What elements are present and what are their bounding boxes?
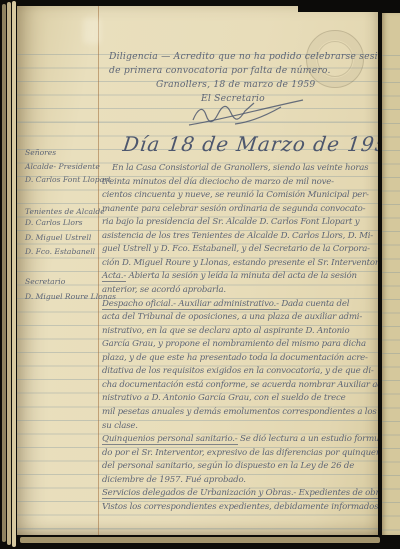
body-line-text: En la Casa Consistorial de Granollers, s… <box>112 163 368 173</box>
role-secretario: Secretario <box>25 277 65 286</box>
scanned-ledger-page: Diligencia — Acredito que no ha podido c… <box>0 0 400 549</box>
name-teniente-3: D. Fco. Estabanell <box>25 247 95 256</box>
body-line-text: ditativa de los requisitos exigidos en l… <box>102 366 374 376</box>
attendees-heading: Señores <box>25 148 56 157</box>
body-line: ción D. Miguel Roure y Llonas, estando p… <box>102 258 378 268</box>
body-line: Despacho oficial.- Auxiliar administrati… <box>102 299 378 309</box>
body-line-text: cha documentación está conforme, se acue… <box>102 380 378 390</box>
diligencia-dateline: Granollers, 18 de marzo de 1959 <box>156 79 315 90</box>
body-line-head: Despacho oficial.- Auxiliar administrati… <box>102 299 279 310</box>
body-line-text: nistrativo, en la que se declara apto al… <box>102 326 349 336</box>
body-line-text: asistencia de los tres Tenientes de Alca… <box>102 231 373 241</box>
body-line: ditativa de los requisitos exigidos en l… <box>102 366 378 376</box>
body-line: cha documentación está conforme, se acue… <box>102 380 378 390</box>
body-line: nistrativo, en la que se declara apto al… <box>102 326 378 336</box>
body-line-text: nistrativo a D. Antonio García Grau, con… <box>102 393 345 403</box>
body-line: García Grau, y propone el nombramiento d… <box>102 339 378 349</box>
body-line-text: diciembre de 1957. Fué aprobado. <box>102 475 246 485</box>
body-line: asistencia de los tres Tenientes de Alca… <box>102 231 378 241</box>
body-line: manente para celebrar sesión ordinaria d… <box>102 204 378 214</box>
body-line-text: ria bajo la presidencia del Sr. Alcalde … <box>102 217 359 227</box>
diligencia-line-2: de primera convocatoria por falta de núm… <box>109 65 331 76</box>
body-line: cientos cincuenta y nueve, se reunió la … <box>102 190 378 200</box>
body-line: Vistos los correspondientes expedientes,… <box>102 502 378 512</box>
name-alcalde: D. Carlos Font Llopart <box>25 175 111 184</box>
body-line-text: del personal sanitario, según lo dispues… <box>102 461 354 471</box>
secretary-signature-icon <box>187 98 307 128</box>
role-alcalde: Alcalde- Presidente <box>25 162 100 171</box>
faint-stamp-smudge <box>83 18 101 44</box>
binding-page-edge <box>2 4 6 542</box>
body-line-text: treinta minutos del día dieciocho de mar… <box>102 177 334 187</box>
body-line-head: Servicios delegados de Urbanización y Ob… <box>102 488 378 499</box>
next-page-ruled-lines <box>382 55 400 533</box>
body-line-text: ción D. Miguel Roure y Llonas, estando p… <box>102 258 378 268</box>
body-line-text: su clase. <box>102 421 138 431</box>
role-tenientes: Tenientes de Alcalde <box>25 207 105 216</box>
body-line-head: Quinquenios personal sanitario.- <box>102 434 238 445</box>
name-teniente-2: D. Miguel Ustrell <box>25 233 91 242</box>
body-line: ria bajo la presidencia del Sr. Alcalde … <box>102 217 378 227</box>
margin-rule-line <box>98 6 99 535</box>
body-line-text: guel Ustrell y D. Fco. Estabanell, y del… <box>102 244 370 254</box>
background-notch <box>298 0 400 12</box>
name-teniente-1: D. Carlos Llors <box>25 218 83 227</box>
body-line: Quinquenios personal sanitario.- Se dió … <box>102 434 378 444</box>
body-line-text: Dada cuenta del <box>279 299 350 309</box>
body-line-text: plaza, y de que este ha presentado toda … <box>102 353 368 363</box>
body-line: su clase. <box>102 421 378 431</box>
body-line: acta del Tribunal de oposiciones, a una … <box>102 312 378 322</box>
session-title: Día 18 de Marzo de 1959 <box>122 132 378 156</box>
body-line-text: do por el Sr. Interventor, expresivo de … <box>102 448 378 458</box>
diligencia-line-1: Diligencia — Acredito que no ha podido c… <box>109 51 378 62</box>
body-line: anterior, se acordó aprobarla. <box>102 285 378 295</box>
body-line: treinta minutos del día dieciocho de mar… <box>102 177 378 187</box>
body-line: mil pesetas anuales y demás emolumentos … <box>102 407 378 417</box>
body-line-text: Se dió lectura a un estudio formula- <box>238 434 378 444</box>
body-line: diciembre de 1957. Fué aprobado. <box>102 475 378 485</box>
body-line: do por el Sr. Interventor, expresivo de … <box>102 448 378 458</box>
body-line: Servicios delegados de Urbanización y Ob… <box>102 488 378 498</box>
body-line: guel Ustrell y D. Fco. Estabanell, y del… <box>102 244 378 254</box>
body-line: nistrativo a D. Antonio García Grau, con… <box>102 393 378 403</box>
body-line-text: Abierta la sesión y leída la minuta del … <box>126 271 357 281</box>
body-line-text: Vistos los correspondientes expedientes,… <box>102 502 378 512</box>
body-line-text: García Grau, y propone el nombramiento d… <box>102 339 366 349</box>
body-line-text: manente para celebrar sesión ordinaria d… <box>102 204 365 214</box>
bottom-page-edge <box>20 537 380 543</box>
next-page-edge <box>382 13 400 535</box>
body-line-text: anterior, se acordó aprobarla. <box>102 285 226 295</box>
binding-page-edge <box>7 2 11 545</box>
body-line: En la Casa Consistorial de Granollers, s… <box>102 163 378 173</box>
body-line-text: acta del Tribunal de oposiciones, a una … <box>102 312 362 322</box>
body-line-head: Acta.- <box>102 271 126 282</box>
body-line-text: cientos cincuenta y nueve, se reunió la … <box>102 190 369 200</box>
manuscript-page: Diligencia — Acredito que no ha podido c… <box>17 6 378 535</box>
body-line: Acta.- Abierta la sesión y leída la minu… <box>102 271 378 281</box>
binding-page-edge <box>12 1 16 547</box>
body-line: del personal sanitario, según lo dispues… <box>102 461 378 471</box>
body-line: plaza, y de que este ha presentado toda … <box>102 353 378 363</box>
body-line-text: mil pesetas anuales y demás emolumentos … <box>102 407 378 417</box>
